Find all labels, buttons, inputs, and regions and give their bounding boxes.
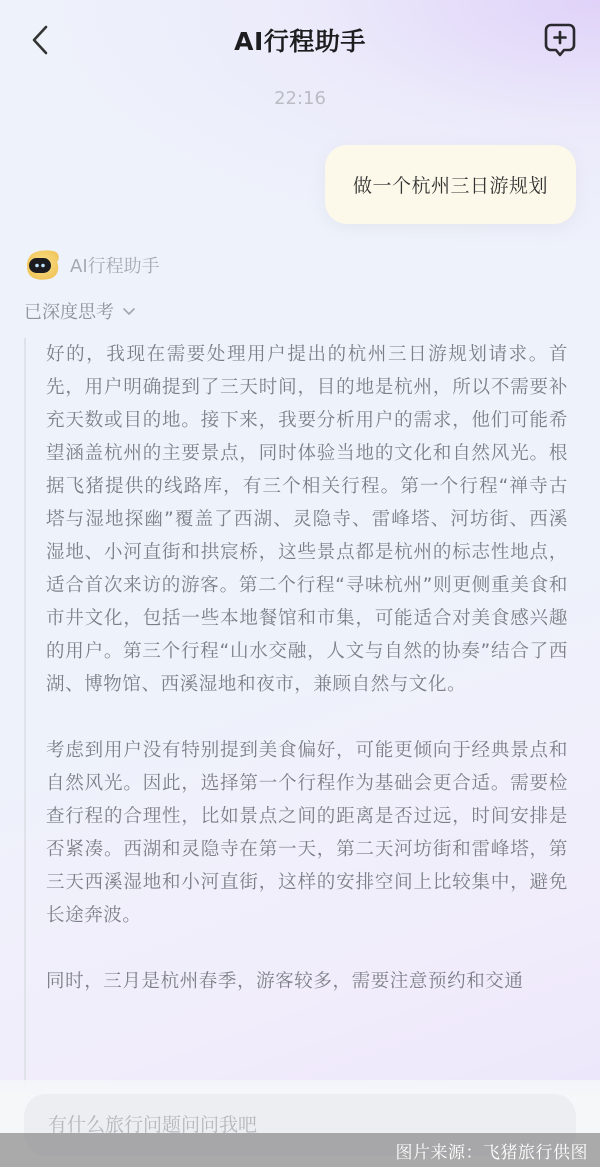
assistant-name: AI行程助手 bbox=[70, 252, 160, 278]
thinking-content: 好的，我现在需要处理用户提出的杭州三日游规划请求。首先，用户明确提到了三天时间，… bbox=[24, 338, 580, 1088]
back-button[interactable] bbox=[22, 20, 58, 60]
avatar bbox=[24, 248, 62, 282]
new-chat-button[interactable] bbox=[542, 20, 578, 60]
message-timestamp: 22:16 bbox=[0, 88, 600, 109]
chevron-left-icon bbox=[29, 24, 51, 56]
robot-avatar-icon bbox=[24, 248, 62, 282]
user-message-bubble: 做一个杭州三日游规划 bbox=[325, 145, 576, 224]
thinking-label: 已深度思考 bbox=[24, 298, 114, 324]
thought-paragraph: 好的，我现在需要处理用户提出的杭州三日游规划请求。首先，用户明确提到了三天时间，… bbox=[46, 338, 568, 701]
chat-plus-icon bbox=[543, 22, 577, 58]
top-nav-bar: AI行程助手 bbox=[0, 0, 600, 80]
thought-paragraph: 考虑到用户没有特别提到美食偏好，可能更倾向于经典景点和自然风光。因此，选择第一个… bbox=[46, 734, 568, 932]
thought-paragraph: 同时，三月是杭州春季，游客较多，需要注意预约和交通 bbox=[46, 965, 568, 998]
chevron-down-icon bbox=[122, 306, 136, 316]
image-source-watermark: 图片来源：飞猪旅行供图 bbox=[0, 1133, 600, 1167]
page-title: AI行程助手 bbox=[234, 22, 366, 58]
deep-thinking-toggle[interactable]: 已深度思考 bbox=[24, 298, 136, 324]
assistant-header: AI行程助手 bbox=[24, 248, 160, 282]
